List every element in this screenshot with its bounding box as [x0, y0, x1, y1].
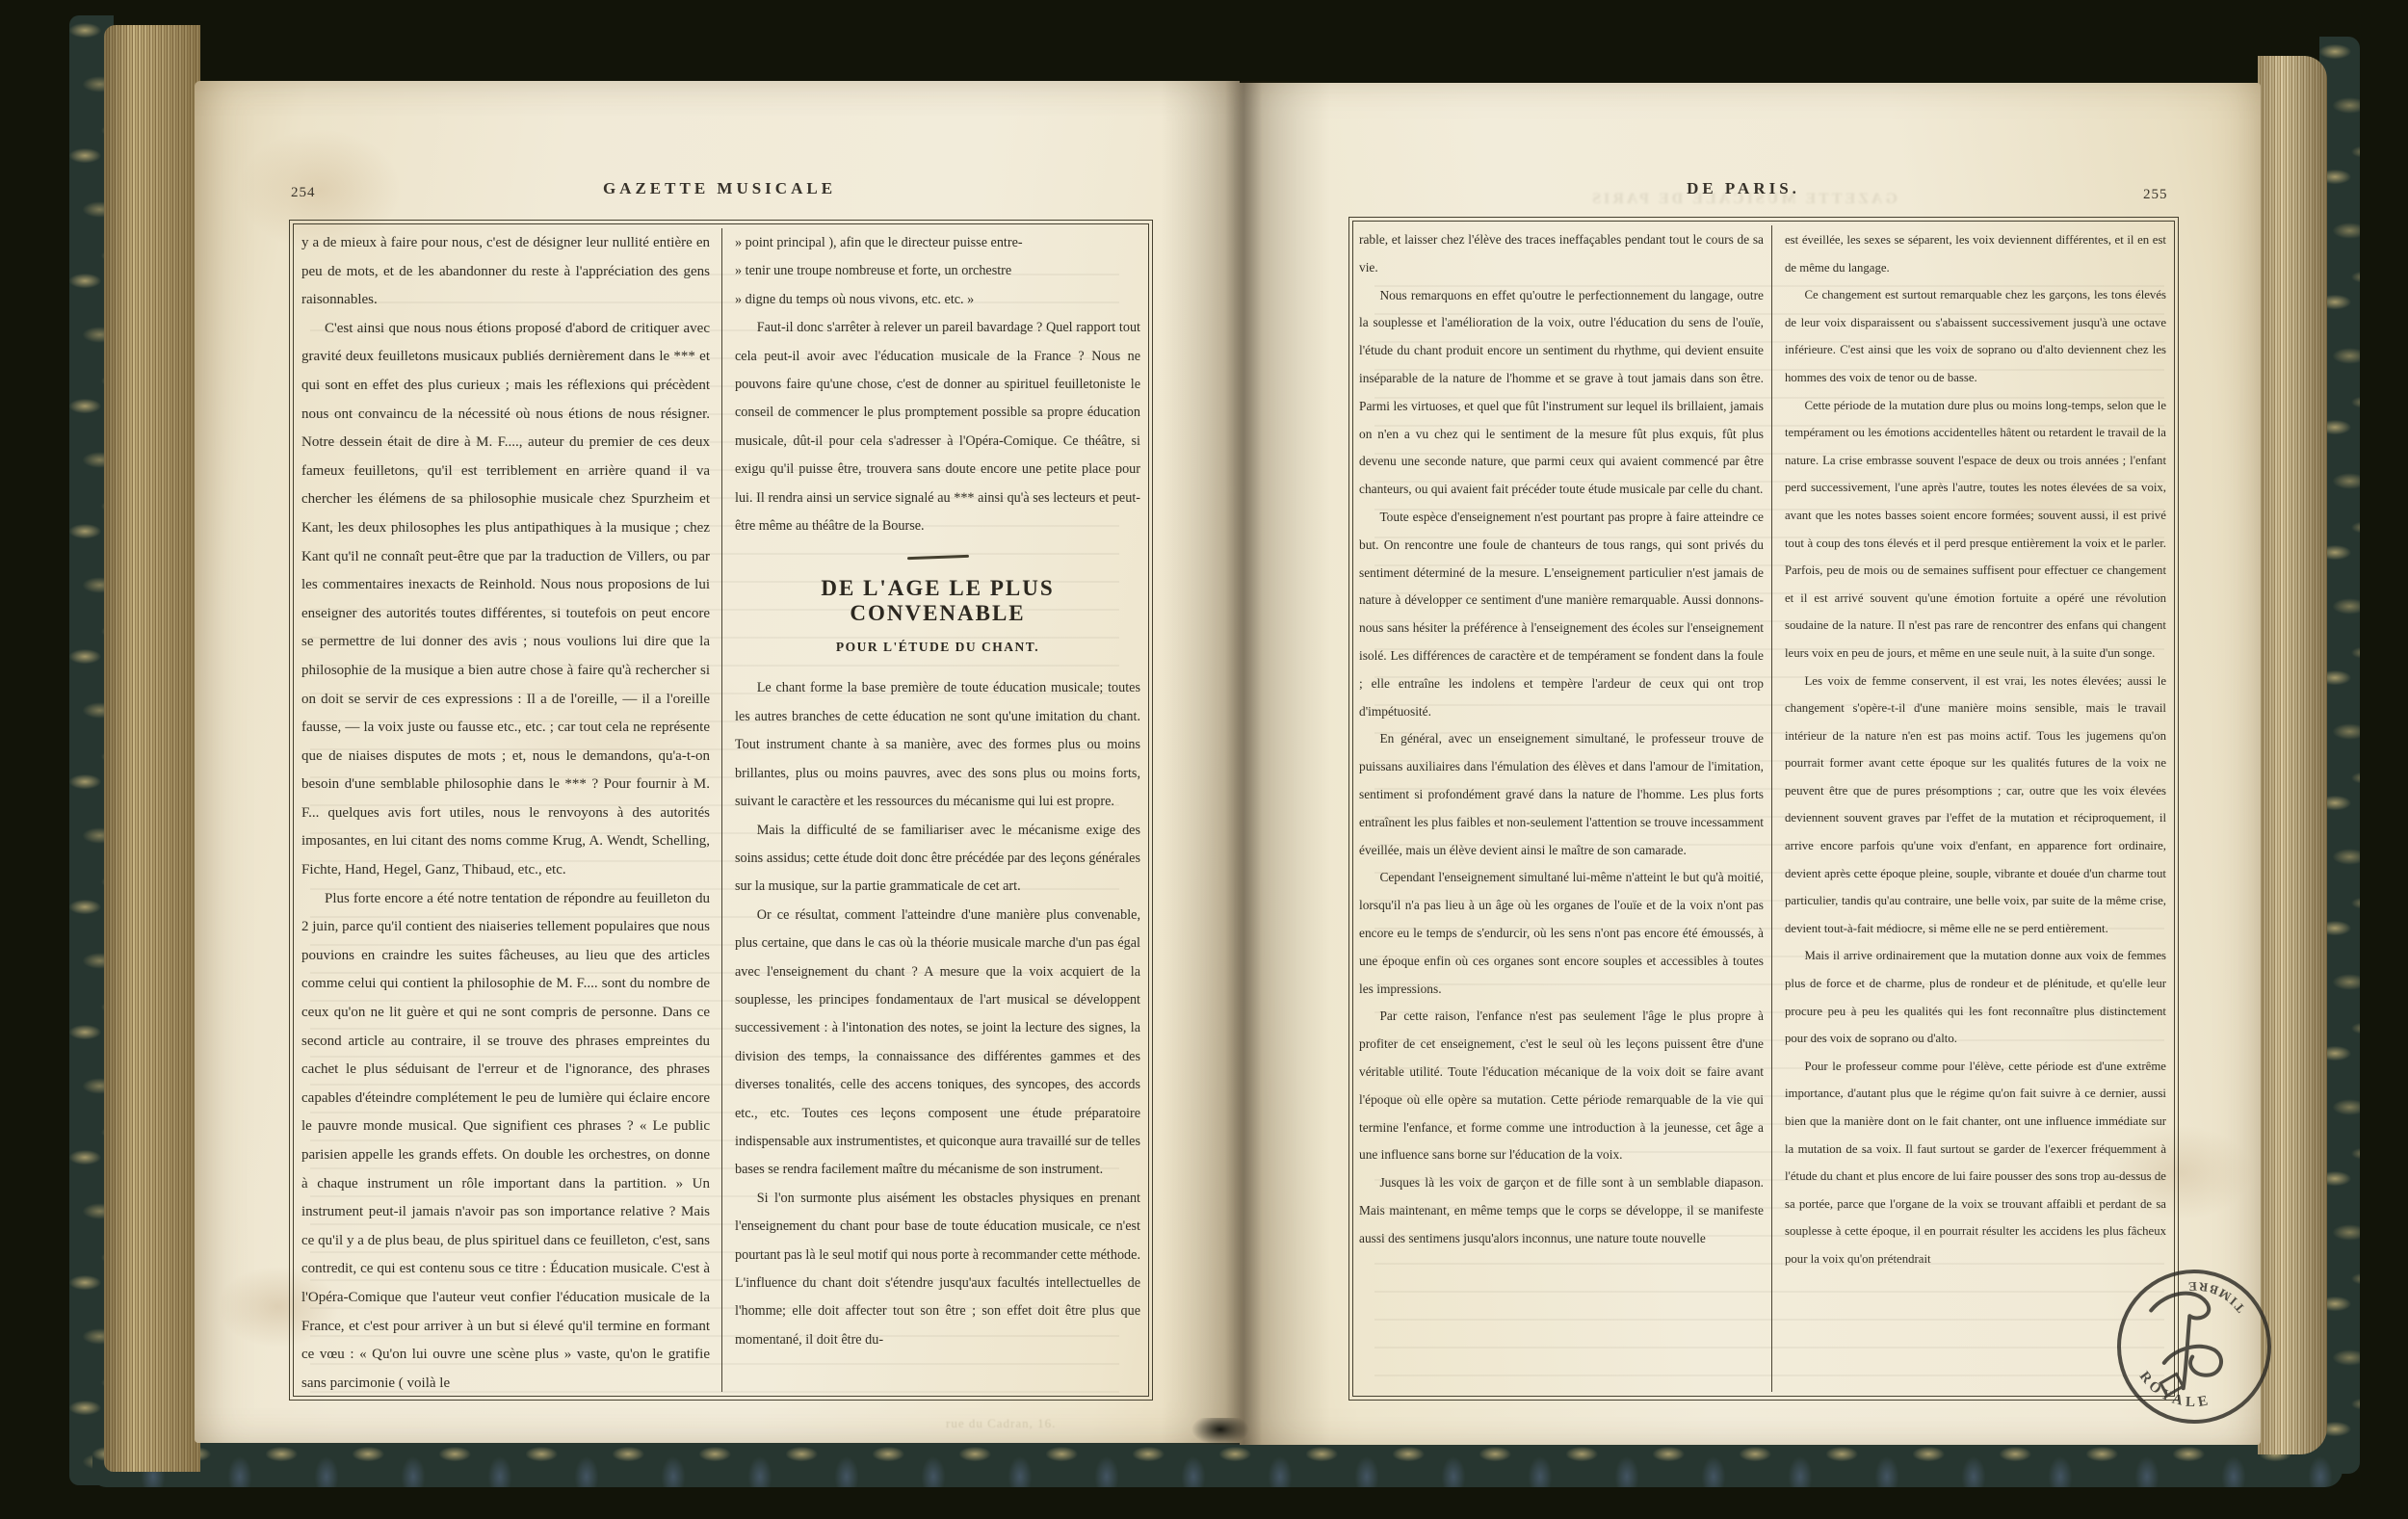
page-edges-left [104, 25, 200, 1472]
article-title: DE L'AGE LE PLUS CONVENABLE [735, 576, 1140, 625]
page-number-right: 255 [2143, 187, 2168, 203]
scanned-book-spread: { "photo": { "background_color": "#12140… [0, 0, 2408, 1519]
paragraph: Les voix de femme conservent, il est vra… [1785, 668, 2166, 943]
running-head-left: GAZETTE MUSICALE [603, 179, 836, 198]
paragraph: Plus forte encore a été notre tentation … [301, 885, 710, 1391]
paragraph: Mais la difficulté de se familiariser av… [735, 817, 1140, 902]
paragraph: Faut-il donc s'arrêter à relever un pare… [735, 314, 1140, 540]
column-divider [721, 228, 722, 1392]
column-left-2: » point principal ), afin que le directe… [735, 229, 1140, 1391]
ghost-printer-imprint: rue du Cadran, 16. [946, 1416, 1056, 1431]
paragraph: Cependant l'enseignement simultané lui-m… [1359, 864, 1764, 1003]
paragraph: rable, et laisser chez l'élève des trace… [1359, 226, 1764, 282]
library-stamp: TIMBRE ROYALE [2096, 1248, 2292, 1445]
paragraph: » point principal ), afin que le directe… [735, 229, 1140, 314]
svg-text:ROYALE: ROYALE [2134, 1357, 2213, 1422]
column-left-1: y a de mieux à faire pour nous, c'est de… [301, 229, 710, 1391]
column-right-1: rable, et laisser chez l'élève des trace… [1359, 226, 1764, 1391]
stamp-emblem [2149, 1288, 2225, 1391]
paragraph: C'est ainsi que nous nous étions proposé… [301, 315, 710, 885]
page-left: 254 GAZETTE MUSICALE y a de mieux à fair… [195, 81, 1240, 1443]
paragraph: Ce changement est surtout remarquable ch… [1785, 281, 2166, 391]
photo-background: 254 GAZETTE MUSICALE y a de mieux à fair… [0, 0, 2408, 1519]
column-right-2: est éveillée, les sexes se séparent, les… [1785, 226, 2166, 1391]
paragraph: En général, avec un enseignement simulta… [1359, 725, 1764, 864]
text-frame-right: rable, et laisser chez l'élève des trace… [1348, 217, 2179, 1401]
paragraph: est éveillée, les sexes se séparent, les… [1785, 226, 2166, 281]
paragraph: Pour le professeur comme pour l'élève, c… [1785, 1053, 2166, 1273]
paragraph: Par cette raison, l'enfance n'est pas se… [1359, 1003, 1764, 1169]
paragraph: Toute espèce d'enseignement n'est pourta… [1359, 504, 1764, 725]
paragraph: Nous remarquons en effet qu'outre le per… [1359, 282, 1764, 504]
paragraph: Cette période de la mutation dure plus o… [1785, 392, 2166, 668]
running-head-right: DE PARIS. [1687, 179, 1800, 198]
paragraph: Mais il arrive ordinairement que la muta… [1785, 942, 2166, 1052]
page-number-left: 254 [291, 185, 316, 201]
section-divider [906, 555, 968, 560]
page-edges-right [2258, 56, 2327, 1454]
gutter-bottom-notch [1183, 1418, 1258, 1456]
paragraph: Jusques là les voix de garçon et de fill… [1359, 1169, 1764, 1252]
text-frame-left: y a de mieux à faire pour nous, c'est de… [289, 220, 1153, 1401]
stamp-word-bottom: ROYALE [2134, 1357, 2213, 1422]
paragraph: Or ce résultat, comment l'atteindre d'un… [735, 902, 1140, 1185]
page-right: GAZETTE MUSICALE DE PARIS DE PARIS. 255 … [1240, 83, 2261, 1445]
column-divider [1771, 225, 1772, 1392]
paragraph: y a de mieux à faire pour nous, c'est de… [301, 229, 710, 315]
paragraph: Le chant forme la base première de toute… [735, 674, 1140, 816]
article-subtitle: POUR L'ÉTUDE DU CHANT. [735, 633, 1140, 661]
paragraph: Si l'on surmonte plus aisément les obsta… [735, 1185, 1140, 1354]
